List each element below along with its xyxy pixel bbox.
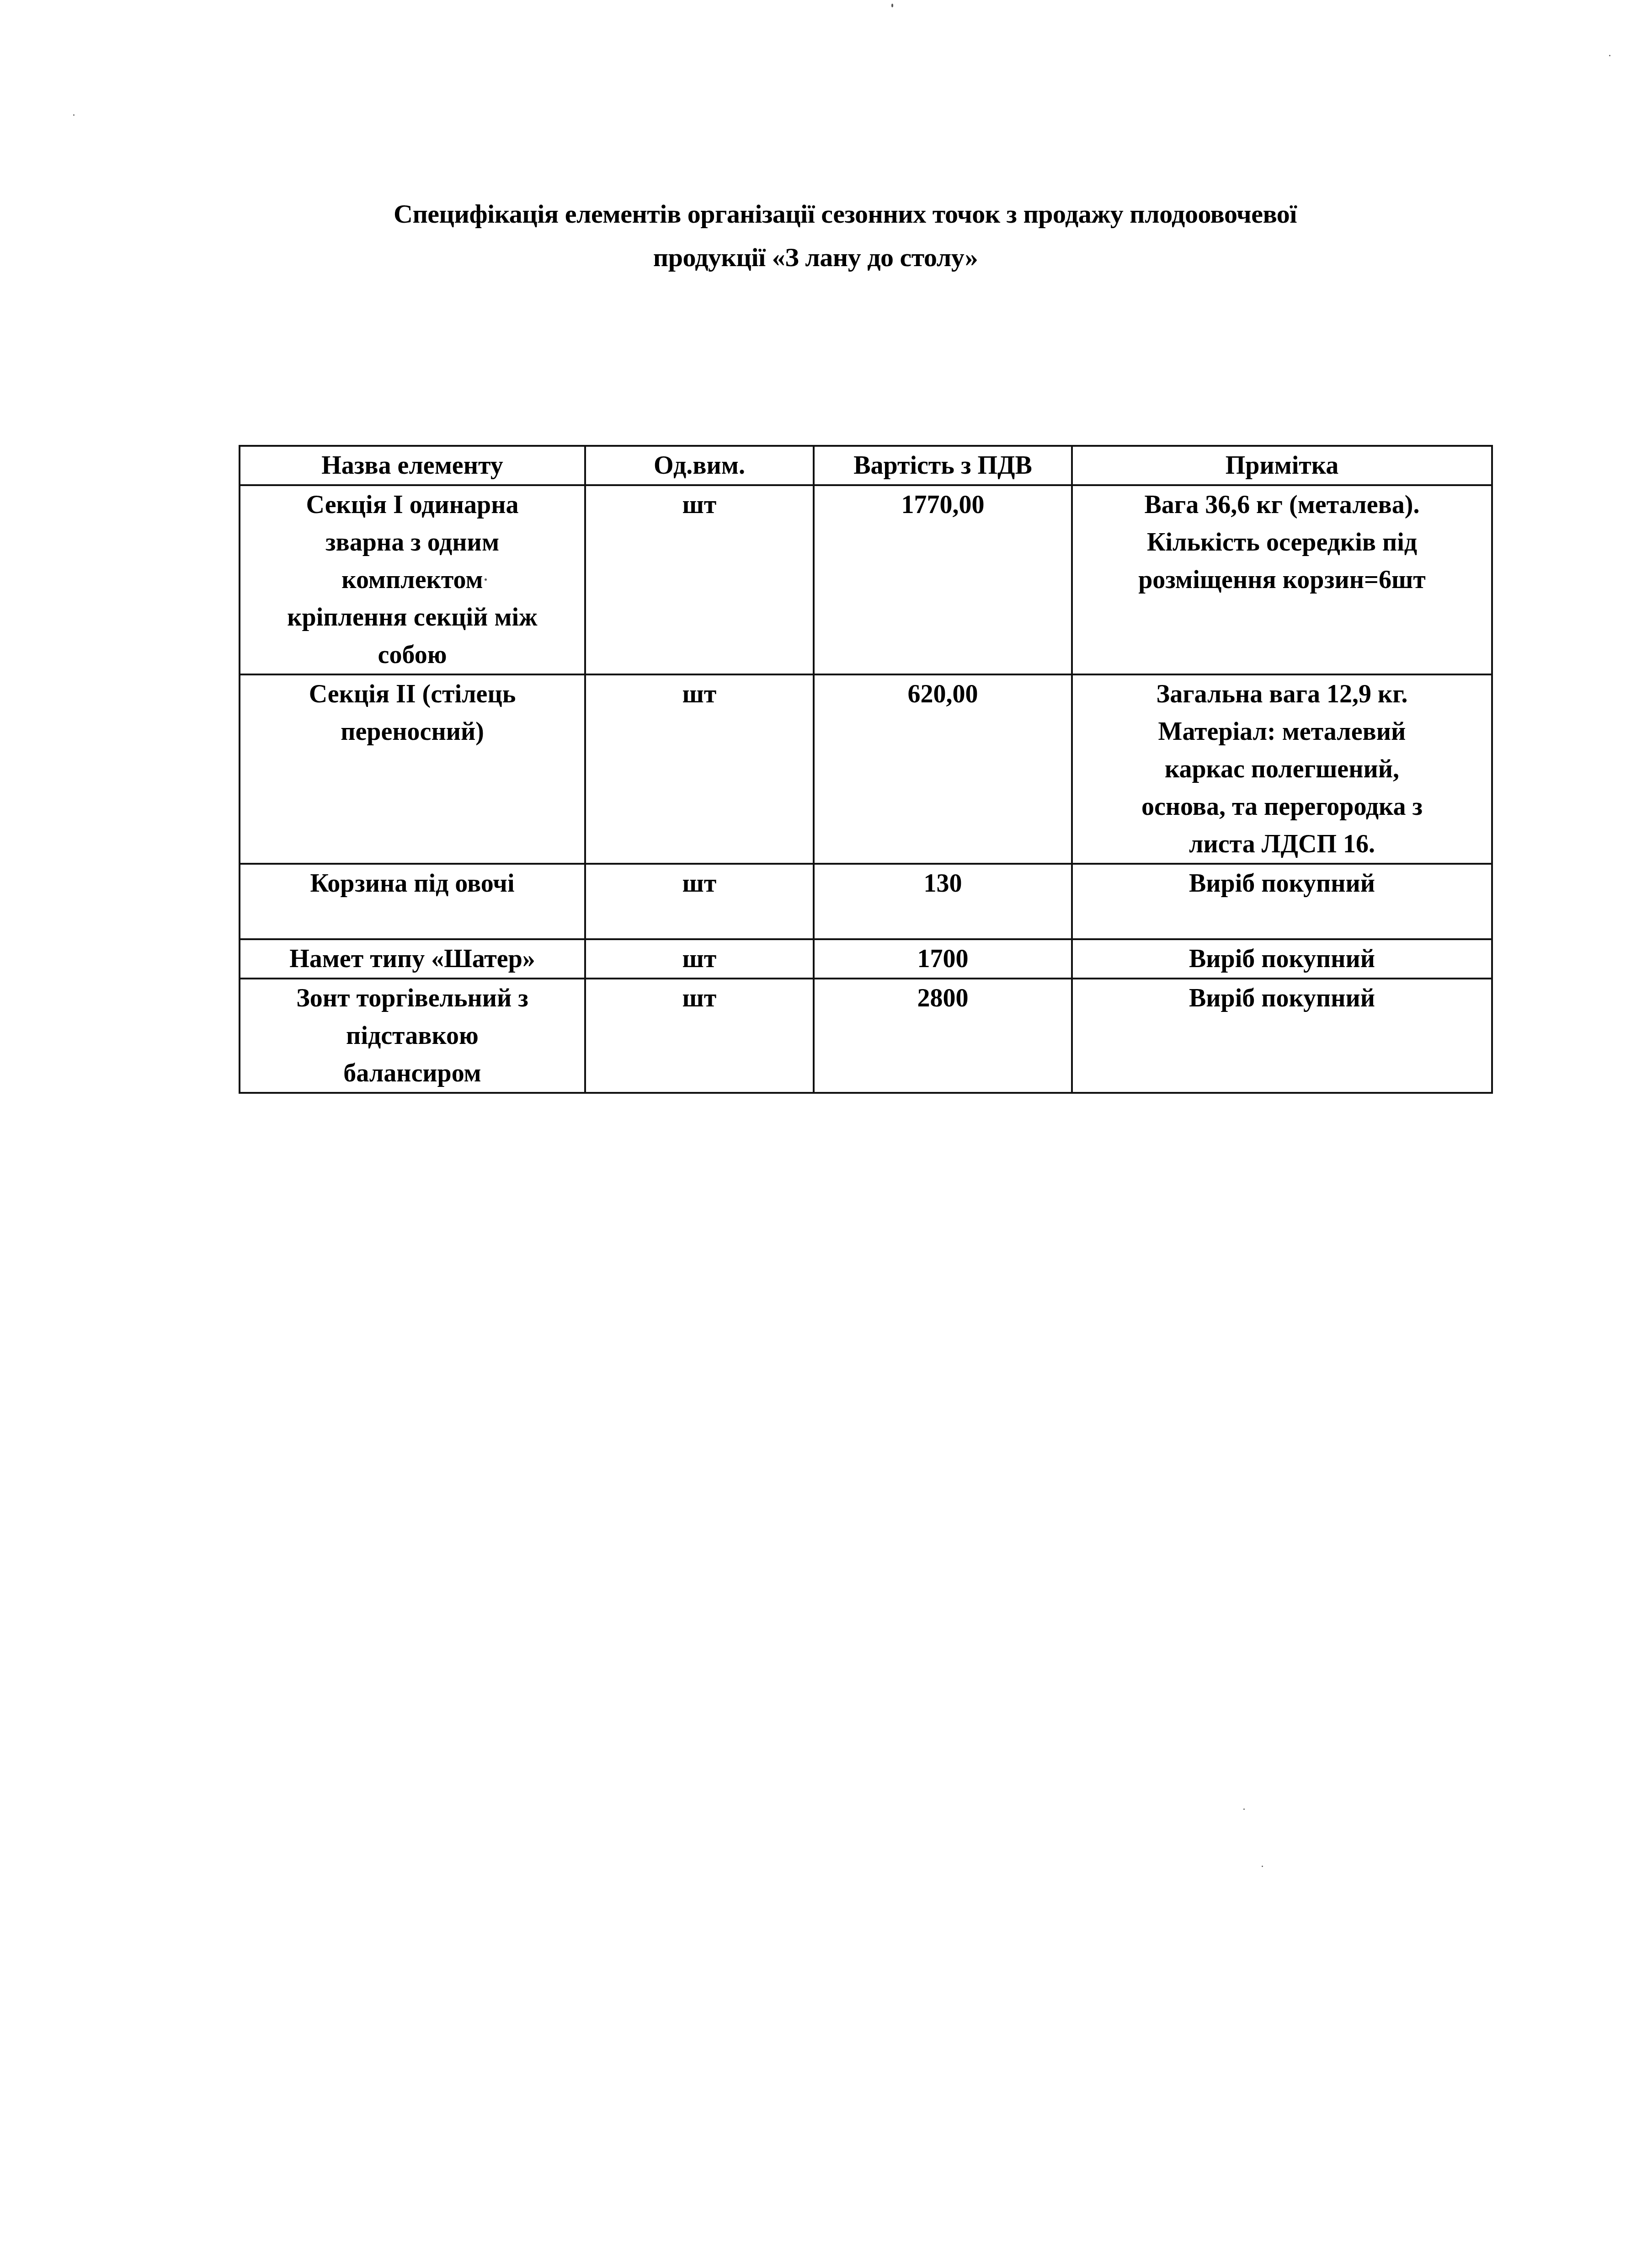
header-note: Примітка [1072, 446, 1492, 485]
scan-speck [73, 114, 75, 116]
cell-note-line: Виріб покупний [1079, 865, 1485, 902]
cell-note-line: Виріб покупний [1079, 940, 1485, 978]
scan-speck [1262, 1866, 1263, 1867]
cell-element-name: Секція I одинарназварна з однимкомплекто… [240, 485, 585, 674]
cell-element-name-line: кріплення секцій між [247, 599, 578, 636]
cell-note-line: Виріб покупний [1079, 979, 1485, 1017]
cell-note-line: каркас полегшений, [1079, 750, 1485, 788]
cell-element-name-line: Корзина під овочі [247, 865, 578, 902]
cell-note-line: Вага 36,6 кг (металева). [1079, 486, 1485, 524]
cell-element-name: Секція II (стілецьпереносний) [240, 674, 585, 864]
document-title: Специфікація елементів організації сезон… [0, 192, 1631, 279]
cell-unit: шт [585, 979, 814, 1093]
document-title-line-2: продукції «З лану до столу» [0, 235, 1631, 279]
cell-element-name: Намет типу «Шатер» [240, 939, 585, 979]
cell-note-line: основа, та перегородка з [1079, 788, 1485, 825]
scan-speck [1243, 1808, 1245, 1810]
cell-element-name-line: Секція II (стілець [247, 675, 578, 713]
scan-speck [891, 4, 893, 7]
cell-price: 130 [814, 864, 1072, 939]
cell-element-name-line: собою [247, 636, 578, 674]
scan-speck [1609, 55, 1610, 56]
cell-unit: шт [585, 939, 814, 979]
cell-element-name-line: Намет типу «Шатер» [247, 940, 578, 978]
table-row: Корзина під овочішт130Виріб покупний [240, 864, 1492, 939]
cell-price: 1700 [814, 939, 1072, 979]
cell-note-line: розміщення корзин=6шт [1079, 561, 1485, 599]
cell-price: 1770,00 [814, 485, 1072, 674]
cell-element-name: Зонт торгівельний зпідставкоюбалансиром [240, 979, 585, 1093]
document-title-line-1: Специфікація елементів організації сезон… [0, 192, 1631, 235]
cell-price: 2800 [814, 979, 1072, 1093]
specification-table: Назва елементу Од.вим. Вартість з ПДВ Пр… [239, 445, 1493, 1094]
cell-price: 620,00 [814, 674, 1072, 864]
cell-note: Виріб покупний [1072, 979, 1492, 1093]
cell-note: Виріб покупний [1072, 939, 1492, 979]
cell-note-line: Кількість осередків під [1079, 524, 1485, 561]
cell-unit: шт [585, 864, 814, 939]
cell-element-name-line: переносний) [247, 713, 578, 750]
cell-element-name-line: балансиром [247, 1054, 578, 1092]
cell-note-line: листа ЛДСП 16. [1079, 825, 1485, 863]
cell-note-line: Матеріал: металевий [1079, 713, 1485, 750]
cell-element-name-line: зварна з одним [247, 524, 578, 561]
table-row: Намет типу «Шатер»шт1700Виріб покупний [240, 939, 1492, 979]
table-row: Секція I одинарназварна з однимкомплекто… [240, 485, 1492, 674]
cell-element-name-line: комплектом [247, 561, 578, 599]
header-price-with-vat: Вартість з ПДВ [814, 446, 1072, 485]
cell-unit: шт [585, 674, 814, 864]
scan-speck [485, 578, 487, 581]
table-row: Секція II (стілецьпереносний)шт620,00Заг… [240, 674, 1492, 864]
cell-note: Виріб покупний [1072, 864, 1492, 939]
cell-element-name-line: Зонт торгівельний з [247, 979, 578, 1017]
cell-note: Вага 36,6 кг (металева).Кількість осеред… [1072, 485, 1492, 674]
table-header-row: Назва елементу Од.вим. Вартість з ПДВ Пр… [240, 446, 1492, 485]
cell-element-name-line: Секція I одинарна [247, 486, 578, 524]
table-row: Зонт торгівельний зпідставкоюбалансиромш… [240, 979, 1492, 1093]
cell-element-name-line: підставкою [247, 1017, 578, 1054]
header-element-name: Назва елементу [240, 446, 585, 485]
cell-element-name: Корзина під овочі [240, 864, 585, 939]
header-unit: Од.вим. [585, 446, 814, 485]
cell-unit: шт [585, 485, 814, 674]
cell-note-line: Загальна вага 12,9 кг. [1079, 675, 1485, 713]
cell-note: Загальна вага 12,9 кг.Матеріал: металеви… [1072, 674, 1492, 864]
